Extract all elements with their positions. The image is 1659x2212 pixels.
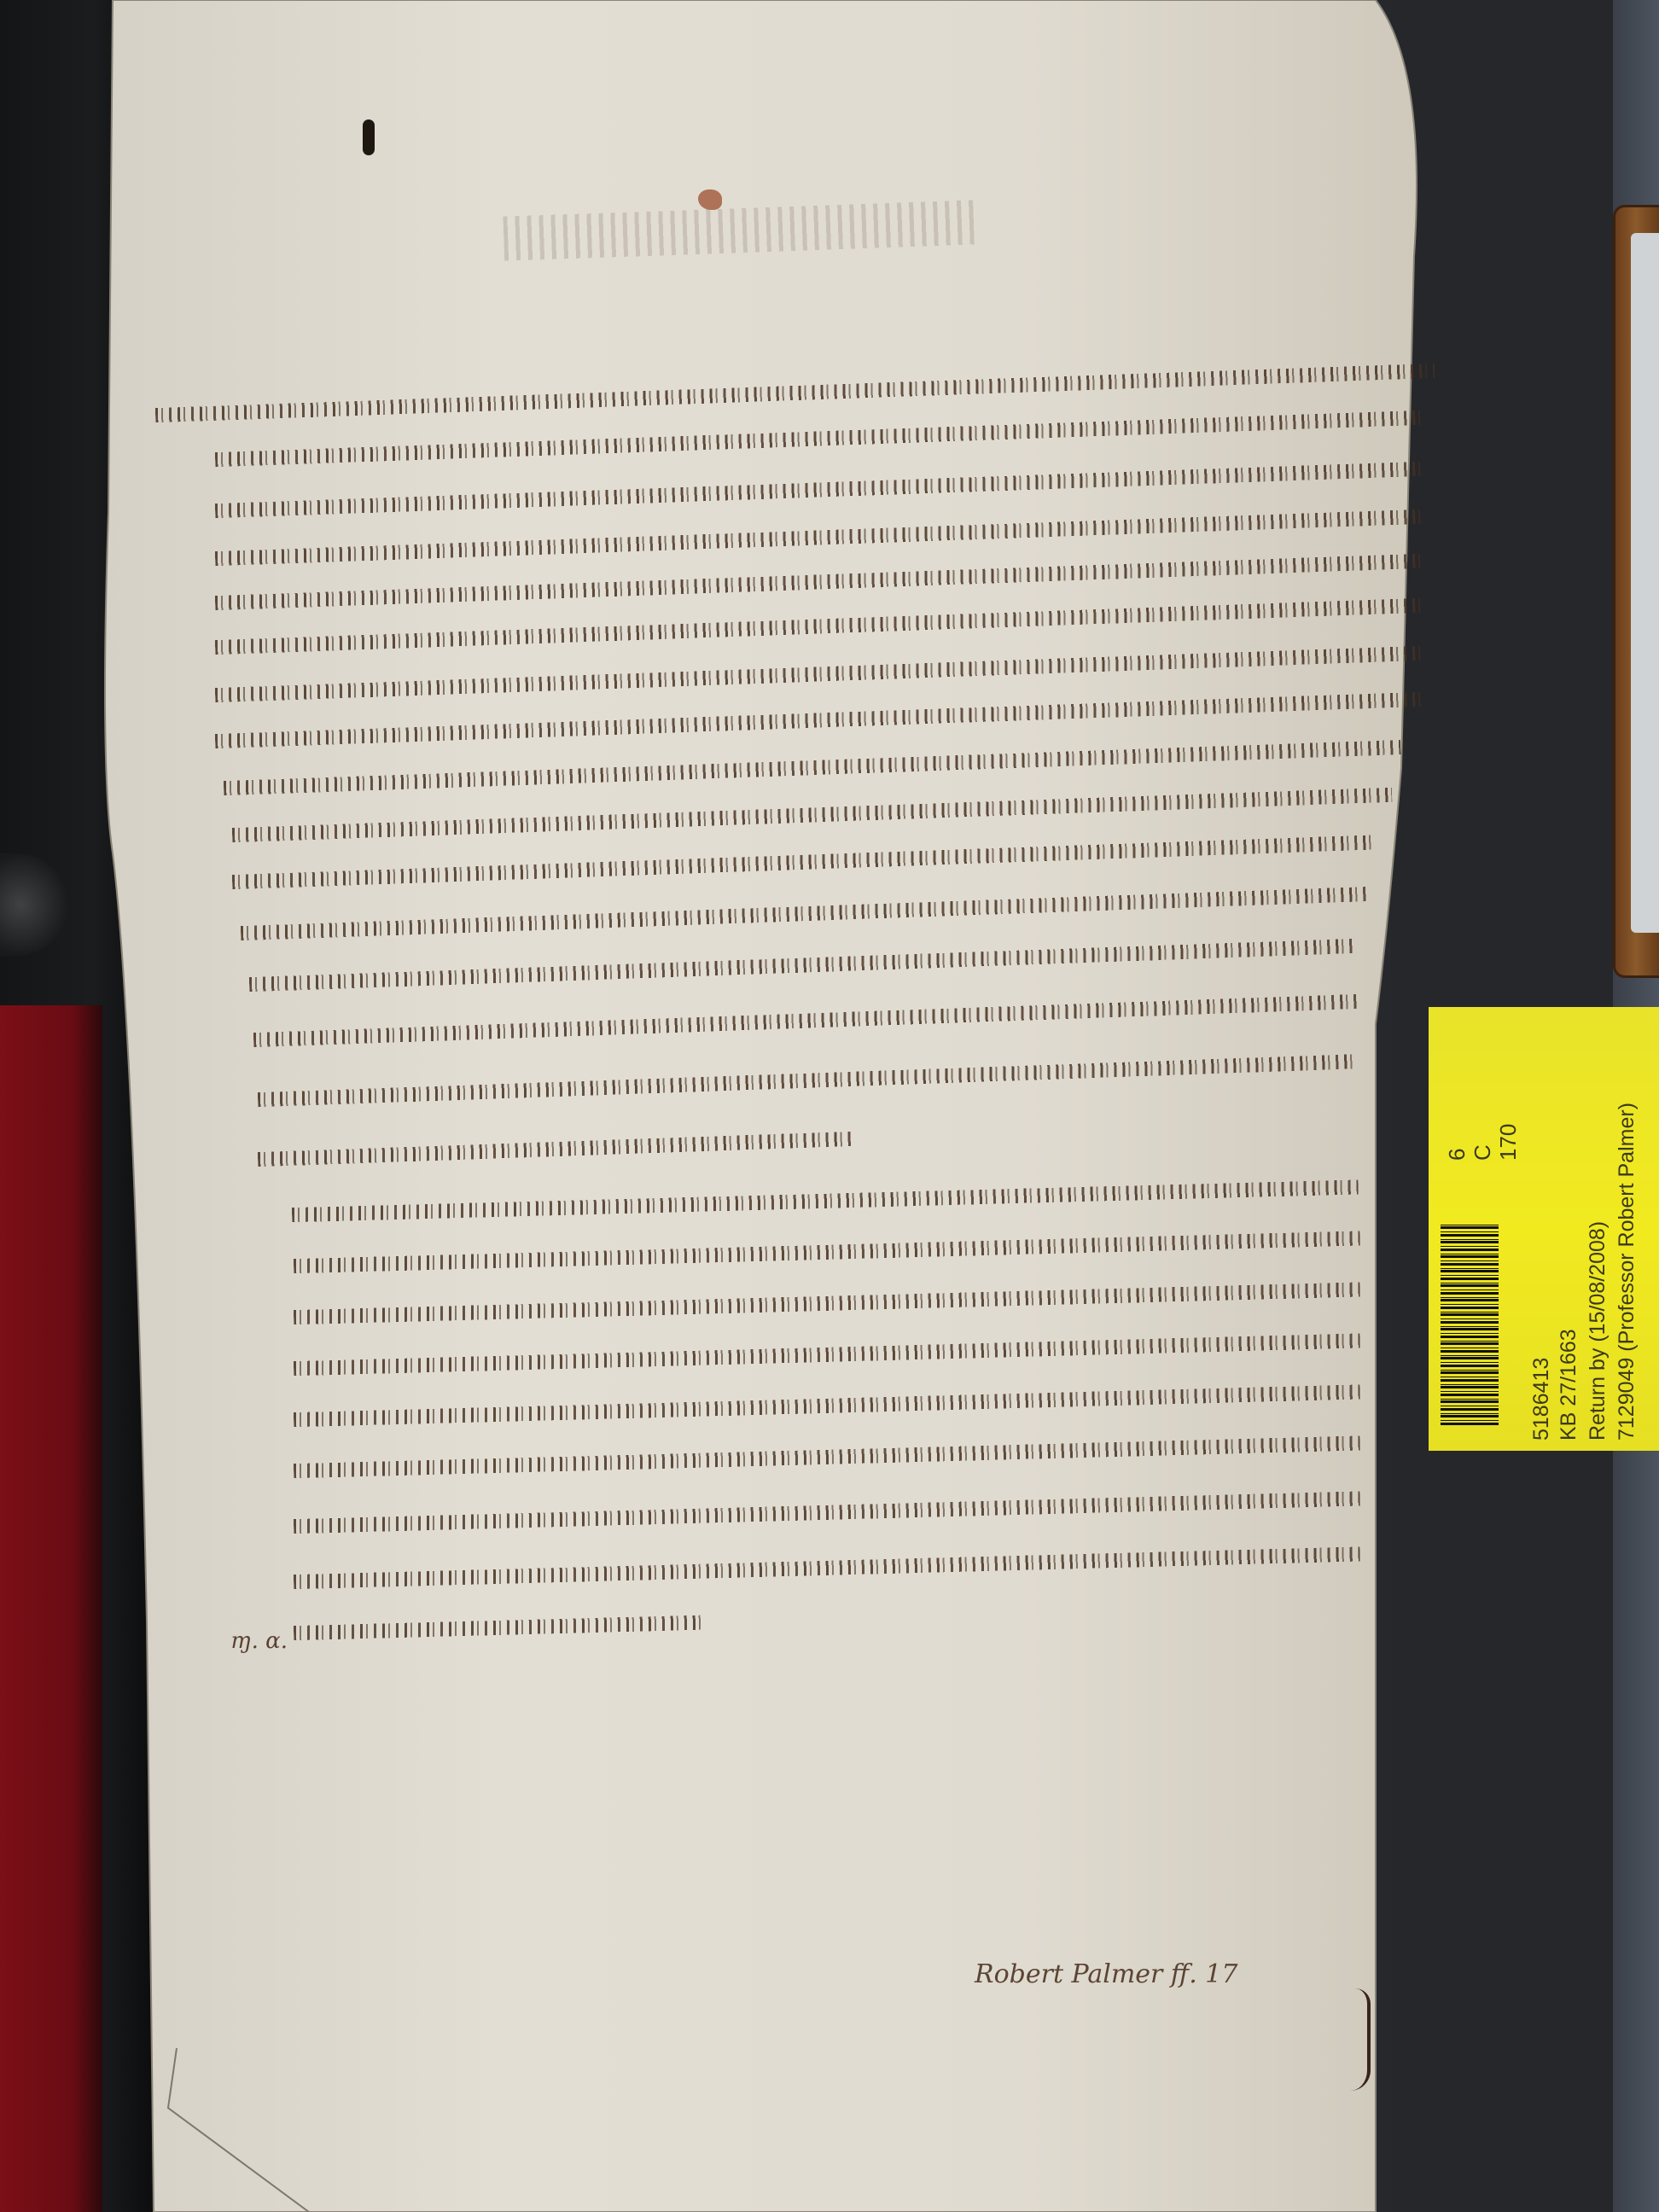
parchment-membrane: ɱ. ɑ. Robert Palmer ff. 17	[96, 0, 1420, 2212]
signature-flourish	[1350, 1988, 1371, 2091]
location-codes: 6 C 170	[1444, 1124, 1521, 1161]
script-line	[294, 1538, 1360, 1595]
faded-heading	[503, 186, 982, 271]
script-line	[294, 1376, 1360, 1433]
script-line	[253, 986, 1362, 1053]
document-reference: KB 27/1663	[1557, 1329, 1581, 1441]
red-board-background	[0, 1005, 102, 2212]
barcode-icon	[1441, 1225, 1499, 1425]
script-line	[294, 1273, 1360, 1330]
manuscript-text-block: ɱ. ɑ. Robert Palmer ff. 17	[96, 0, 1420, 2212]
ink-blot	[363, 119, 375, 155]
return-date: Return by (15/08/2008)	[1586, 1221, 1610, 1441]
script-line	[294, 1482, 1360, 1540]
location-code: C	[1470, 1124, 1495, 1161]
script-line	[294, 1324, 1360, 1382]
location-code: 6	[1444, 1124, 1470, 1161]
catalogue-label: 6 C 170 5186413 KB 27/1663 Return by (15…	[1429, 1007, 1659, 1451]
barcode-number: 5186413	[1529, 1358, 1554, 1441]
script-line	[294, 1606, 704, 1646]
script-line	[292, 1171, 1359, 1228]
script-line	[294, 1427, 1360, 1484]
script-line	[257, 1045, 1358, 1113]
wooden-frame-inner	[1631, 233, 1659, 933]
location-code: 170	[1495, 1124, 1521, 1161]
script-line	[294, 1222, 1360, 1279]
footer-signature: Robert Palmer ff. 17	[975, 1959, 1237, 1989]
margin-annotation: ɱ. ɑ.	[230, 1628, 288, 1654]
label-content: 6 C 170 5186413 KB 27/1663 Return by (15…	[1429, 1007, 1659, 1451]
reader-info: 7129049 (Professor Robert Palmer)	[1615, 1103, 1639, 1441]
script-line	[257, 1123, 855, 1173]
wooden-frame	[1613, 205, 1659, 978]
